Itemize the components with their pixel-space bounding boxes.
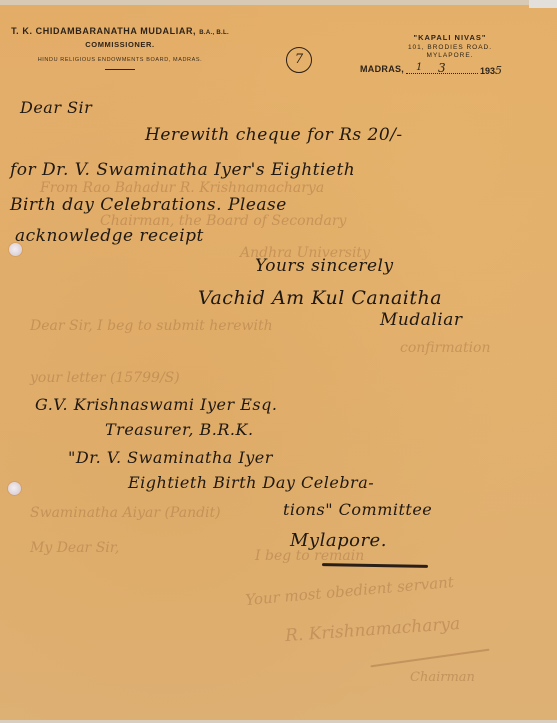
salutation: Dear Sir bbox=[20, 98, 92, 117]
place-label: MADRAS, bbox=[360, 64, 404, 74]
dateline: MADRAS, 1 3 1935 bbox=[360, 64, 550, 78]
body-line: Herewith cheque for Rs 20/- bbox=[145, 125, 403, 145]
address-line: 101, BRODIES ROAD. bbox=[390, 44, 510, 51]
locality: MYLAPORE. bbox=[390, 52, 510, 59]
scan-edge-top bbox=[0, 0, 557, 5]
closing: Yours sincerely bbox=[255, 256, 394, 276]
addressee-line: Eightieth Birth Day Celebra- bbox=[128, 473, 374, 492]
date-month: 3 bbox=[438, 61, 446, 75]
addressee-line: tions" Committee bbox=[283, 500, 432, 519]
letterhead-divider bbox=[105, 69, 135, 70]
sender-degrees: B.A., B.L. bbox=[199, 30, 229, 36]
bleedthrough-line: Your most obedient servant bbox=[245, 573, 455, 609]
addressee-line: "Dr. V. Swaminatha Iyer bbox=[68, 448, 273, 467]
bleedthrough-line: your letter (15799/S) bbox=[30, 370, 180, 386]
addressee-underline bbox=[322, 563, 428, 568]
punch-hole bbox=[8, 482, 21, 495]
body-line: acknowledge receipt bbox=[15, 226, 204, 246]
signature-line-2: Mudaliar bbox=[380, 310, 463, 330]
date-day: 1 bbox=[416, 62, 422, 73]
addressee-line: Treasurer, B.R.K. bbox=[105, 420, 254, 439]
body-line: for Dr. V. Swaminatha Iyer's Eightieth bbox=[10, 160, 355, 180]
bleedthrough-flourish bbox=[370, 649, 489, 668]
house-name: "KAPALI NIVAS" bbox=[390, 33, 510, 42]
addressee-line: G.V. Krishnaswami Iyer Esq. bbox=[35, 395, 277, 414]
scan-edge-corner bbox=[529, 0, 557, 8]
bleedthrough-line: Dear Sir, I beg to submit herewith bbox=[30, 318, 273, 334]
letterhead-address: "KAPALI NIVAS" 101, BRODIES ROAD. MYLAPO… bbox=[390, 33, 510, 59]
bleedthrough-line: R. Krishnamacharya bbox=[285, 614, 461, 646]
sender-organization: HINDU RELIGIOUS ENDOWMENTS BOARD, MADRAS… bbox=[0, 57, 240, 63]
bleedthrough-line: From Rao Bahadur R. Krishnamacharya bbox=[40, 180, 324, 196]
letter-page: T. K. CHIDAMBARANATHA MUDALIAR, B.A., B.… bbox=[0, 0, 557, 723]
punch-hole bbox=[9, 243, 22, 256]
bleedthrough-line: Chairman bbox=[410, 670, 475, 685]
circled-page-number: 7 bbox=[286, 47, 312, 73]
sender-name: T. K. CHIDAMBARANATHA MUDALIAR, B.A., B.… bbox=[0, 26, 240, 36]
sender-title: COMMISSIONER. bbox=[0, 40, 240, 49]
date-year: 1935 bbox=[480, 64, 502, 77]
letterhead-sender: T. K. CHIDAMBARANATHA MUDALIAR, B.A., B.… bbox=[0, 26, 240, 70]
signature-line-1: Vachid Am Kul Canaitha bbox=[198, 287, 442, 309]
date-year-handwritten: 5 bbox=[495, 64, 502, 77]
addressee-line: Mylapore. bbox=[290, 530, 387, 551]
body-line: Birth day Celebrations. Please bbox=[10, 195, 287, 215]
bleedthrough-line: Swaminatha Aiyar (Pandit) bbox=[30, 505, 221, 521]
bleedthrough-line: confirmation bbox=[400, 340, 491, 356]
bleedthrough-line: My Dear Sir, bbox=[30, 540, 119, 556]
